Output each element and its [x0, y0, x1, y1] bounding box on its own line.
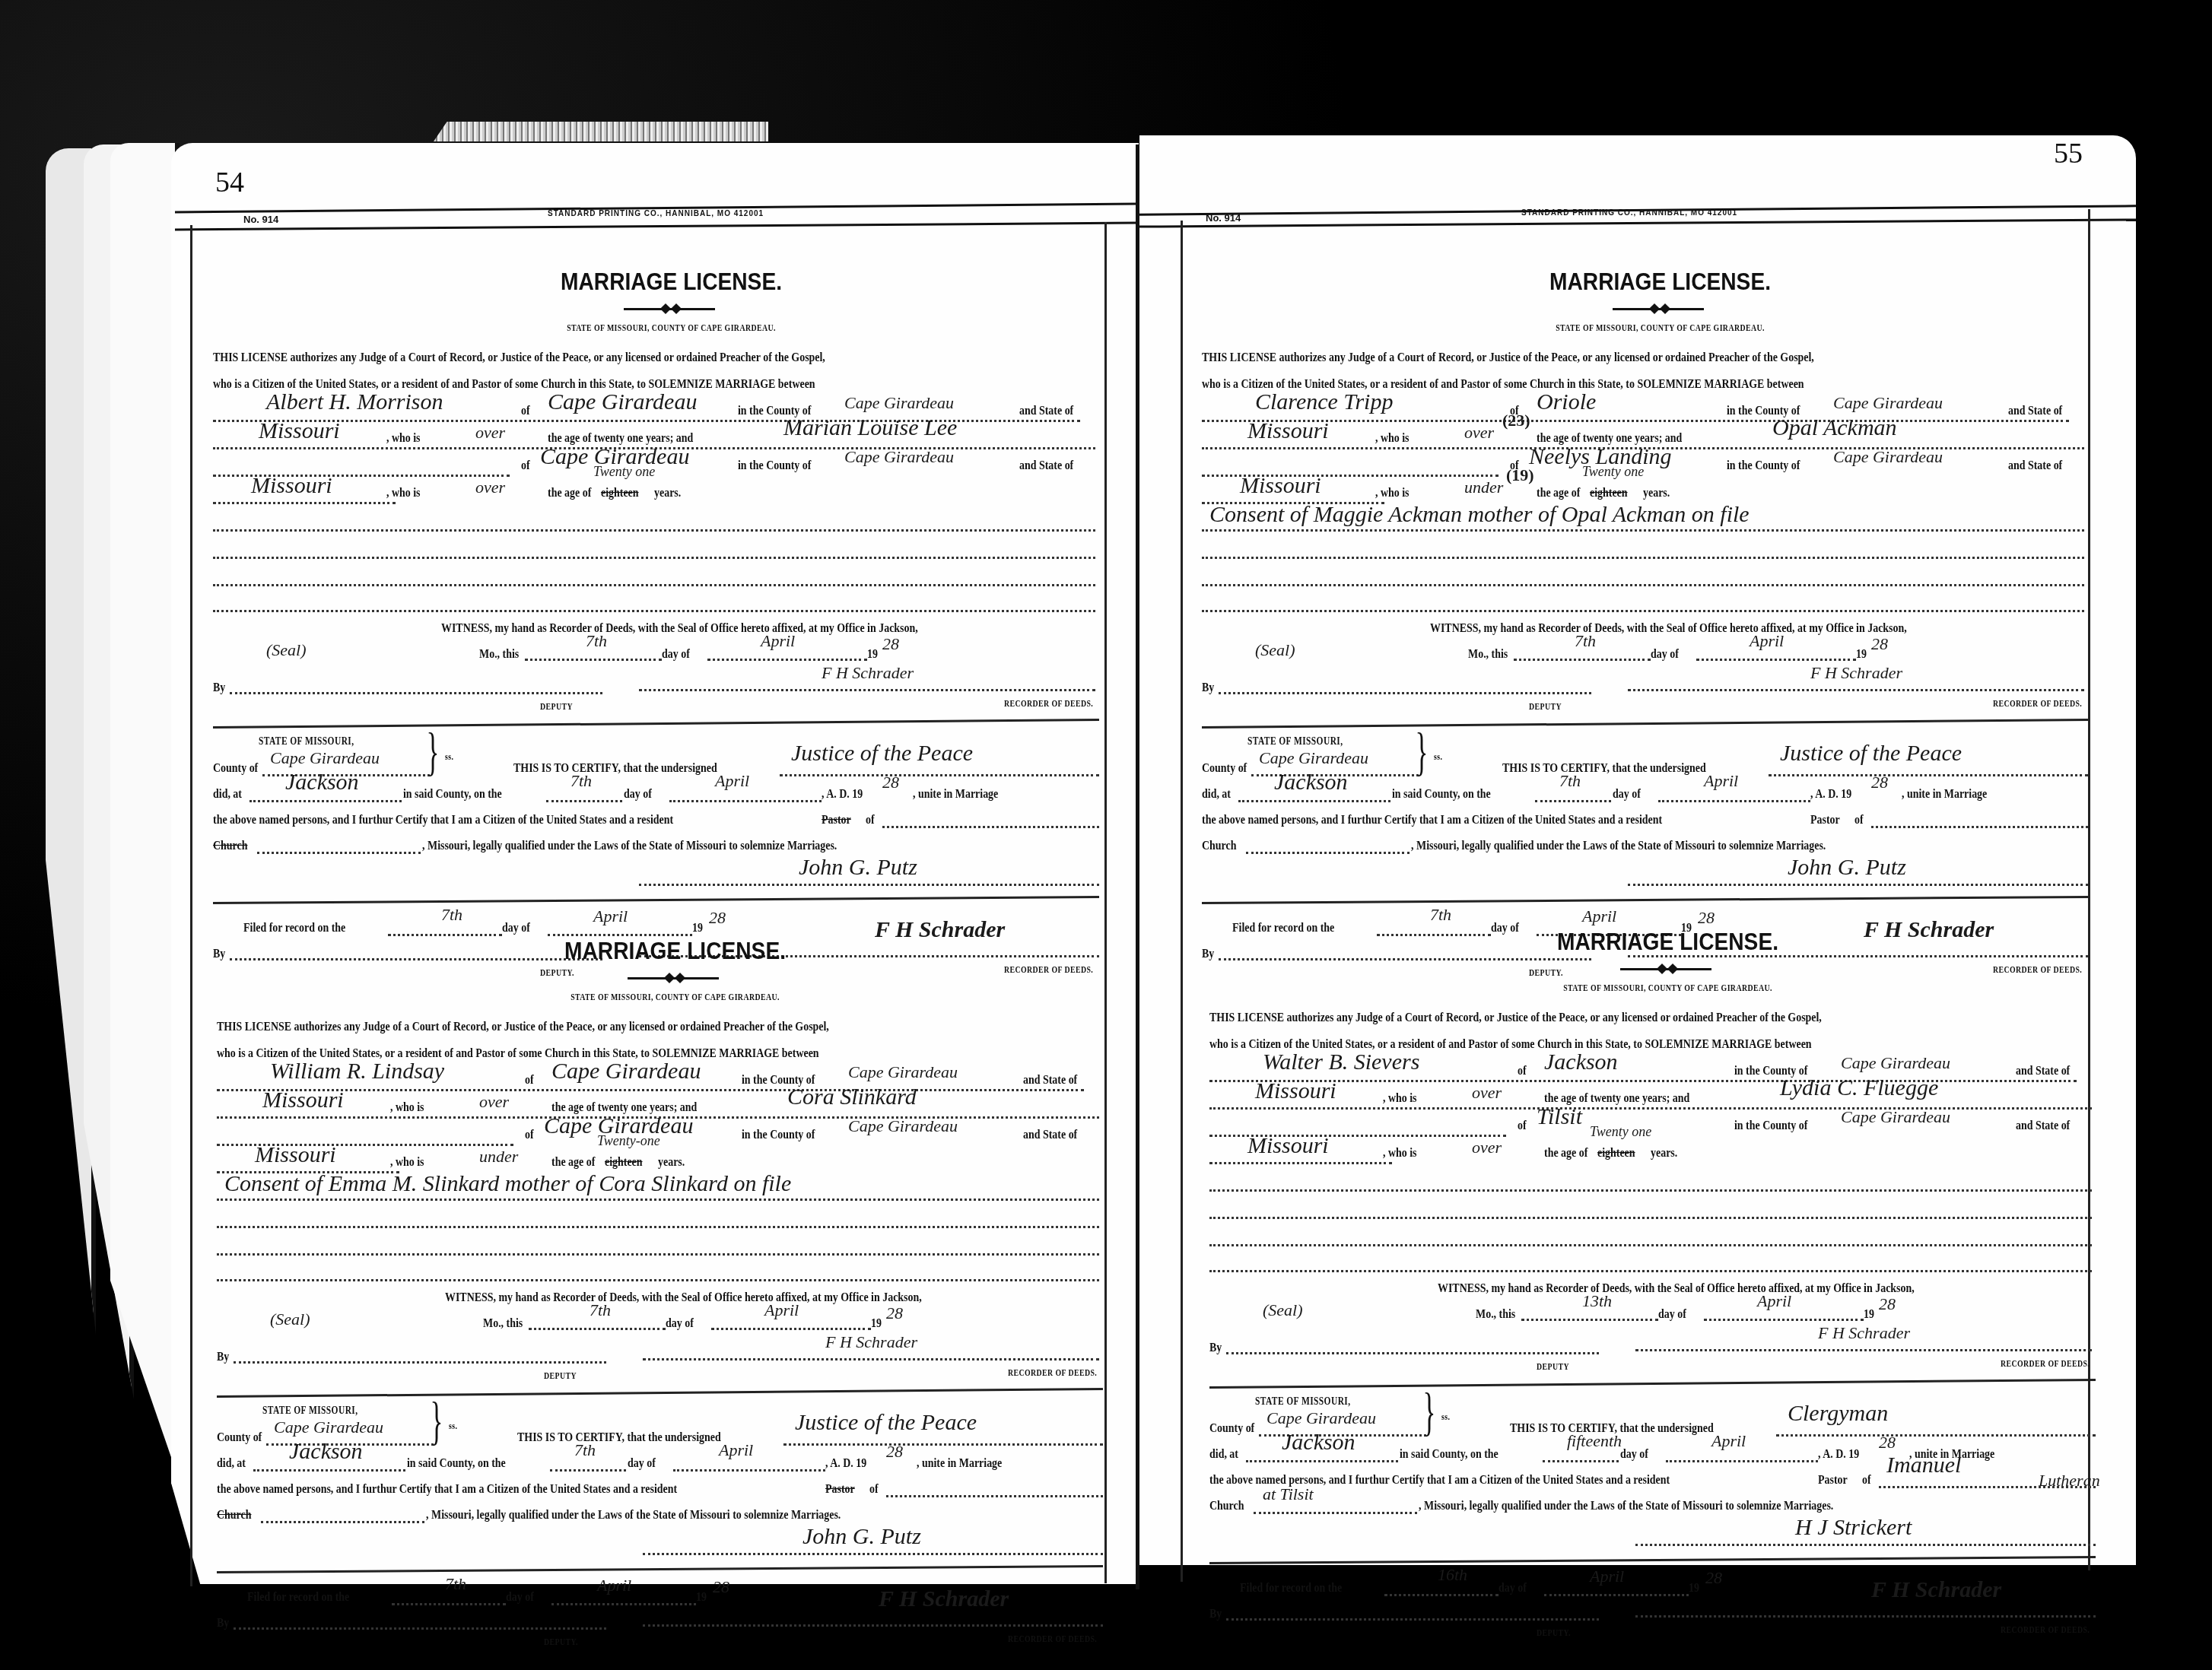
form-line: [388, 934, 502, 936]
witness-text: WITNESS, my hand as Recorder of Deeds, w…: [445, 1290, 922, 1305]
ceremony-day: 7th: [570, 771, 592, 791]
license-paragraph: THIS LICENSE authorizes any Judge of a C…: [1202, 350, 1814, 365]
filed-day: 16th: [1438, 1565, 1467, 1585]
bride-age-relation: over: [475, 478, 505, 497]
bride-age-relation: over: [1472, 1138, 1502, 1157]
form-line: [1514, 659, 1651, 661]
groom-town: Cape Girardeau: [548, 389, 697, 415]
filed-signature: F H Schrader: [1871, 1577, 2001, 1603]
state-label: and State of: [2008, 458, 2062, 473]
who-is-label: , who is: [1383, 1145, 1417, 1160]
bride-name: Cora Slinkard: [787, 1084, 917, 1110]
did-at-label: did, at: [1202, 786, 1231, 802]
state-label: and State of: [1019, 403, 1073, 418]
recorder-line: [639, 689, 1095, 691]
ad-label: , A. D. 19: [1818, 1446, 1859, 1462]
deputy-line: [234, 1627, 606, 1630]
form-line: [1254, 1512, 1417, 1514]
form-line: [213, 557, 1095, 559]
day-of-label: day of: [624, 786, 652, 802]
mo-this-label: Mo., this: [483, 1316, 523, 1331]
groom-county: Cape Girardeau: [844, 393, 954, 413]
form-line: [217, 1226, 1099, 1228]
ceremony-place: Jackson: [289, 1439, 363, 1465]
signature-line: [643, 1553, 1103, 1555]
margin-rule: [1181, 221, 1183, 1582]
printer-imprint: STANDARD PRINTING CO., HANNIBAL, MO 4120…: [548, 210, 764, 218]
age-override: Twenty one: [593, 464, 655, 480]
recorder-line: [1635, 1615, 2096, 1618]
ornament-divider: [628, 977, 719, 979]
marriage-license: MARRIAGE LICENSE. STATE OF MISSOURI, COU…: [217, 952, 1133, 1560]
deputy-label: DEPUTY: [540, 701, 573, 713]
jurisdiction: STATE OF MISSOURI, COUNTY OF CAPE GIRARD…: [1284, 322, 2036, 334]
age18-struck: eighteen: [1590, 485, 1628, 500]
section-divider: [1202, 719, 2088, 729]
pastor-label: Pastor: [825, 1481, 855, 1497]
year-prefix: 19: [1864, 1306, 1874, 1322]
qualified-text: , Missouri, legally qualified under the …: [422, 838, 837, 853]
ornament-divider: [1613, 308, 1704, 310]
of-label: of: [1518, 1063, 1527, 1078]
witness-year: 28: [1871, 634, 1888, 654]
form-line: [882, 826, 1099, 828]
groom-age: (23): [1502, 411, 1530, 430]
above-named-text: the above named persons, and I furthur C…: [213, 812, 673, 827]
pastor-label: Pastor: [822, 812, 851, 827]
cert-state: STATE OF MISSOURI,: [1247, 736, 1343, 748]
witness-text: WITNESS, my hand as Recorder of Deeds, w…: [1438, 1281, 1915, 1296]
filed-day: 7th: [445, 1574, 466, 1594]
filed-month: April: [1590, 1567, 1624, 1586]
officiant-signature: John G. Putz: [1788, 855, 1906, 881]
by-label: By: [217, 1349, 229, 1364]
deputy-label: DEPUTY.: [1537, 1627, 1571, 1639]
ceremony-month: April: [1704, 771, 1738, 791]
age-override: Twenty one: [1590, 1124, 1651, 1140]
witness-year: 28: [882, 634, 899, 654]
form-line: [257, 852, 421, 854]
deputy-line: [1226, 1618, 1599, 1621]
witness-day: 13th: [1582, 1291, 1612, 1311]
book-page-edge: [110, 143, 180, 1481]
church-label: Church: [1209, 1498, 1244, 1513]
witness-text: WITNESS, my hand as Recorder of Deeds, w…: [1430, 621, 1907, 636]
deputy-label: DEPUTY: [544, 1370, 577, 1382]
cert-state: STATE OF MISSOURI,: [1255, 1396, 1350, 1408]
filed-year: 28: [713, 1577, 729, 1597]
form-line: [1871, 826, 2088, 828]
ceremony-month: April: [719, 1440, 753, 1460]
day-of-label: day of: [506, 1589, 534, 1605]
bride-state: Missouri: [255, 1142, 336, 1168]
day-of-label: day of: [1658, 1306, 1686, 1322]
consent-note: Consent of Maggie Ackman mother of Opal …: [1209, 502, 1750, 528]
state-label: and State of: [2016, 1118, 2070, 1133]
form-line: [1209, 1107, 2092, 1110]
filed-day: 7th: [441, 905, 462, 925]
groom-town: Oriole: [1537, 389, 1596, 415]
church-label: Church: [213, 838, 247, 853]
form-line: [1209, 1080, 2077, 1082]
state-label: and State of: [1019, 458, 1073, 473]
witness-month: April: [1757, 1291, 1791, 1311]
jurisdiction: STATE OF MISSOURI, COUNTY OF CAPE GIRARD…: [295, 322, 1047, 334]
day-of-label: day of: [628, 1456, 656, 1471]
deputy-line: [234, 1361, 606, 1364]
form-line: [525, 659, 662, 661]
recorder-line: [1628, 689, 2084, 691]
form-line: [1666, 1460, 1818, 1462]
filed-day: 7th: [1430, 905, 1451, 925]
filed-year: 28: [1705, 1568, 1722, 1588]
filed-label: Filed for record on the: [243, 920, 345, 935]
pastor-of: Imanuel: [1886, 1453, 1961, 1478]
groom-state: Missouri: [259, 418, 340, 444]
witness-day: 7th: [586, 631, 607, 651]
age18-label: the age of: [548, 485, 591, 500]
witness-day: 7th: [590, 1300, 611, 1320]
section-divider: [217, 1388, 1103, 1398]
recorder-label: RECORDER OF DEEDS.: [2001, 1358, 2090, 1370]
age18-struck: eighteen: [601, 485, 639, 500]
mo-this-label: Mo., this: [1476, 1306, 1515, 1322]
above-named-text: the above named persons, and I furthur C…: [1202, 812, 1662, 827]
book-gutter: [1136, 144, 1139, 1589]
form-line: [1776, 1434, 2096, 1437]
brace: }: [1422, 1383, 1435, 1443]
pastor-label: Pastor: [1810, 812, 1840, 827]
years-label: years.: [658, 1154, 685, 1170]
form-line: [1658, 800, 1810, 802]
recorder-line: [1635, 1349, 2092, 1351]
form-line: [1202, 584, 2084, 586]
form-line: [551, 1603, 696, 1605]
cert-state: STATE OF MISSOURI,: [259, 736, 354, 748]
seal-mark: (Seal): [270, 1310, 310, 1329]
who-is-label: , who is: [1375, 430, 1410, 446]
who-is-label: , who is: [390, 1154, 424, 1170]
license-title: MARRIAGE LICENSE.: [1264, 928, 2071, 956]
bride-county: Cape Girardeau: [844, 447, 954, 467]
form-line: [213, 584, 1095, 586]
brace: }: [430, 1392, 443, 1453]
bride-name: Lydia C. Fluegge: [1780, 1075, 1938, 1101]
in-said-county-label: in said County, on the: [1400, 1446, 1499, 1462]
filed-month: April: [1582, 906, 1616, 926]
marriage-license: MARRIAGE LICENSE. STATE OF MISSOURI, COU…: [1209, 943, 2126, 1551]
mo-this-label: Mo., this: [1468, 646, 1508, 662]
groom-county: Cape Girardeau: [1841, 1053, 1950, 1073]
qualified-text: , Missouri, legally qualified under the …: [1419, 1498, 1833, 1513]
ss-label: ss.: [1441, 1411, 1450, 1423]
ceremony-day: 7th: [574, 1440, 596, 1460]
ceremony-place: Jackson: [285, 770, 359, 795]
form-line: [1209, 1270, 2092, 1272]
form-line: [1384, 1594, 1499, 1596]
years-label: years.: [654, 485, 681, 500]
of-label: of: [866, 812, 875, 827]
deputy-line: [1226, 1352, 1599, 1354]
qualified-text: , Missouri, legally qualified under the …: [1411, 838, 1826, 853]
years-label: years.: [1643, 485, 1670, 500]
by-label: By: [213, 680, 225, 695]
did-at-label: did, at: [1209, 1446, 1238, 1462]
section-divider: [213, 719, 1099, 729]
bride-state: Missouri: [251, 473, 332, 499]
ceremony-month: April: [715, 771, 749, 791]
signature-line: [639, 884, 1099, 886]
did-at-label: did, at: [217, 1456, 246, 1471]
certify-label: THIS IS TO CERTIFY, that the undersigned: [517, 1430, 721, 1445]
form-line: [217, 1199, 1099, 1201]
witness-month: April: [764, 1300, 799, 1320]
form-line: [213, 529, 1095, 532]
cert-county: Cape Girardeau: [1259, 748, 1368, 768]
bride-state: Missouri: [1240, 473, 1321, 499]
form-line: [546, 800, 622, 802]
seal-mark: (Seal): [1263, 1300, 1303, 1320]
of-label: of: [1854, 812, 1864, 827]
recorder-line: [643, 1624, 1103, 1627]
age18-struck: eighteen: [605, 1154, 643, 1170]
ad-label: , A. D. 19: [822, 786, 863, 802]
church-label: Church: [1202, 838, 1236, 853]
unite-label: , unite in Marriage: [913, 786, 998, 802]
license-paragraph: THIS LICENSE authorizes any Judge of a C…: [217, 1019, 829, 1034]
form-line: [707, 659, 867, 661]
day-of-label: day of: [1651, 646, 1679, 662]
by-label: By: [217, 1615, 229, 1630]
county-of-label: County of: [1202, 760, 1247, 776]
jurisdiction: STATE OF MISSOURI, COUNTY OF CAPE GIRARD…: [299, 992, 1050, 1003]
ceremony-place: Jackson: [1282, 1430, 1355, 1456]
marriage-license: MARRIAGE LICENSE. STATE OF MISSOURI, COU…: [213, 283, 1130, 891]
form-line: [783, 1443, 1103, 1446]
form-line: [550, 1469, 626, 1472]
witness-month: April: [1750, 631, 1784, 651]
age18-label: the age of: [1544, 1145, 1587, 1160]
form-line: [217, 1253, 1099, 1256]
groom-town: Jackson: [1544, 1049, 1618, 1075]
form-line: [711, 1328, 871, 1330]
certify-label: THIS IS TO CERTIFY, that the undersigned: [513, 760, 717, 776]
recorder-label: RECORDER OF DEEDS.: [1993, 698, 2082, 710]
groom-state: Missouri: [262, 1087, 344, 1113]
form-line: [1202, 610, 2084, 612]
above-named-text: the above named persons, and I furthur C…: [217, 1481, 677, 1497]
in-said-county-label: in said County, on the: [1392, 786, 1491, 802]
bride-name: Opal Ackman: [1772, 415, 1897, 441]
deputy-line: [1219, 692, 1591, 694]
recorder-label: RECORDER OF DEEDS.: [1008, 1633, 1097, 1645]
seal-mark: (Seal): [1255, 640, 1295, 660]
who-is-label: , who is: [390, 1100, 424, 1115]
qualified-text: , Missouri, legally qualified under the …: [426, 1507, 841, 1522]
brace: }: [426, 722, 439, 783]
form-line: [1246, 852, 1410, 854]
filed-year: 28: [1698, 908, 1715, 928]
form-line: [673, 1469, 825, 1472]
age-override: Twenty one: [1582, 464, 1644, 480]
of-label: of: [521, 403, 530, 418]
form-line: [1521, 1319, 1658, 1321]
form-line: [261, 1521, 424, 1523]
ss-label: ss.: [445, 751, 453, 763]
form-line: [253, 1469, 405, 1472]
torn-paper-strip: [434, 122, 768, 141]
groom-name: Albert H. Morrison: [266, 389, 443, 415]
form-line: [1202, 529, 2084, 532]
brace: }: [1415, 722, 1428, 783]
deputy-label: DEPUTY: [1529, 701, 1562, 713]
filed-label: Filed for record on the: [1240, 1580, 1342, 1595]
form-line: [217, 1279, 1099, 1281]
year-prefix: 19: [696, 1589, 707, 1605]
officiant-title: Justice of the Peace: [1780, 741, 1962, 767]
bride-age-relation: under: [1464, 478, 1503, 497]
form-line: [392, 1603, 506, 1605]
age18-label: the age of: [551, 1154, 595, 1170]
of-label: of: [869, 1481, 879, 1497]
filed-label: Filed for record on the: [247, 1589, 349, 1605]
recorder-label: RECORDER OF DEEDS.: [1008, 1367, 1097, 1379]
ceremony-place: Jackson: [1274, 770, 1348, 795]
recorder-line: [643, 1358, 1099, 1360]
ss-label: ss.: [449, 1421, 457, 1432]
form-line: [1704, 1319, 1864, 1321]
cert-county: Cape Girardeau: [274, 1418, 383, 1437]
seal-mark: (Seal): [266, 640, 307, 660]
day-of-label: day of: [1620, 1446, 1648, 1462]
state-label: and State of: [2008, 403, 2062, 418]
form-line: [217, 1089, 1084, 1091]
recorder-signature: F H Schrader: [1818, 1323, 1910, 1343]
filed-month: April: [593, 906, 628, 926]
ceremony-day: fifteenth: [1567, 1431, 1622, 1451]
groom-age-relation: over: [1472, 1083, 1502, 1103]
in-said-county-label: in said County, on the: [403, 786, 502, 802]
bride-age-relation: under: [479, 1147, 518, 1167]
of-label: of: [525, 1072, 534, 1087]
state-label: and State of: [1023, 1072, 1077, 1087]
witness-day: 7th: [1575, 631, 1596, 651]
form-line: [213, 610, 1095, 612]
signature-line: [1628, 884, 2088, 886]
groom-age-relation: over: [475, 423, 505, 443]
state-label: and State of: [1023, 1127, 1077, 1142]
form-line: [529, 1328, 666, 1330]
years-label: years.: [1651, 1145, 1677, 1160]
license-title: MARRIAGE LICENSE.: [268, 268, 1074, 296]
recorder-signature: F H Schrader: [822, 663, 914, 683]
ceremony-year: 28: [1871, 773, 1888, 792]
age21-label: the age of twenty one years; and: [1544, 1091, 1689, 1106]
form-line: [1544, 1594, 1689, 1596]
officiant-title: Justice of the Peace: [791, 741, 973, 767]
who-is-label: , who is: [1375, 485, 1410, 500]
of-label: of: [521, 458, 530, 473]
by-label: By: [1209, 1606, 1222, 1621]
marriage-license: MARRIAGE LICENSE. STATE OF MISSOURI, COU…: [1202, 283, 2118, 891]
unite-label: , unite in Marriage: [1902, 786, 1987, 802]
ornament-divider: [624, 308, 715, 310]
ornament-divider: [1620, 968, 1711, 970]
church-label: Church: [217, 1507, 251, 1522]
witness-year: 28: [1879, 1294, 1896, 1314]
form-line: [886, 1495, 1103, 1497]
form-line: [1209, 1217, 2092, 1219]
groom-name: William R. Lindsay: [270, 1059, 444, 1084]
county-label: in the County of: [742, 1127, 815, 1142]
margin-rule: [190, 225, 192, 1586]
bride-town: Tilsit: [1537, 1104, 1582, 1130]
ad-label: , A. D. 19: [825, 1456, 866, 1471]
license-paragraph: THIS LICENSE authorizes any Judge of a C…: [1209, 1010, 1822, 1025]
page-number-left: 54: [215, 166, 244, 199]
witness-text: WITNESS, my hand as Recorder of Deeds, w…: [441, 621, 918, 636]
age18-label: the age of: [1537, 485, 1580, 500]
of-label: of: [525, 1127, 534, 1142]
witness-year: 28: [886, 1303, 903, 1323]
year-prefix: 19: [871, 1316, 882, 1331]
county-label: in the County of: [1734, 1118, 1807, 1133]
form-line: [1543, 1460, 1619, 1462]
in-said-county-label: in said County, on the: [407, 1456, 506, 1471]
form-line: [669, 800, 822, 802]
form-line: [1209, 1244, 2092, 1246]
form-line: [1769, 774, 2088, 776]
bride-county: Cape Girardeau: [848, 1116, 958, 1136]
jurisdiction: STATE OF MISSOURI, COUNTY OF CAPE GIRARD…: [1292, 983, 2043, 994]
witness-month: April: [761, 631, 795, 651]
year-prefix: 19: [692, 920, 703, 935]
form-line: [548, 934, 692, 936]
cert-state: STATE OF MISSOURI,: [262, 1405, 358, 1418]
groom-age-relation: over: [1464, 423, 1494, 443]
who-is-label: , who is: [386, 485, 421, 500]
pastor-of-denomination: Lutheran: [2039, 1471, 2100, 1491]
ceremony-year: 28: [882, 773, 899, 792]
filed-signature: F H Schrader: [879, 1586, 1009, 1612]
deputy-line: [230, 692, 602, 694]
license-paragraph: THIS LICENSE authorizes any Judge of a C…: [213, 350, 825, 365]
of-label: of: [1862, 1472, 1871, 1487]
officiant-title: Justice of the Peace: [795, 1410, 977, 1436]
filed-year: 28: [709, 908, 726, 928]
deputy-label: DEPUTY.: [544, 1637, 578, 1648]
officiant-title: Clergyman: [1788, 1401, 1888, 1427]
groom-name: Clarence Tripp: [1255, 389, 1393, 415]
who-is-label: , who is: [386, 430, 421, 446]
recorder-signature: F H Schrader: [1810, 663, 1902, 683]
did-at-label: did, at: [213, 786, 242, 802]
form-line: [1238, 800, 1390, 802]
county-of-label: County of: [1209, 1421, 1254, 1436]
bride-state: Missouri: [1247, 1133, 1329, 1159]
ad-label: , A. D. 19: [1810, 786, 1851, 802]
groom-state: Missouri: [1247, 418, 1329, 444]
filed-month: April: [597, 1576, 631, 1595]
age18-struck: eighteen: [1597, 1145, 1635, 1160]
age21-label: the age of twenty one years; and: [551, 1100, 697, 1115]
ceremony-month: April: [1711, 1431, 1746, 1451]
unite-label: , unite in Marriage: [917, 1456, 1002, 1471]
officiant-signature: H J Strickert: [1795, 1515, 1912, 1541]
certify-label: THIS IS TO CERTIFY, that the undersigned: [1502, 760, 1706, 776]
bride-county: Cape Girardeau: [1841, 1107, 1950, 1127]
section-divider: [1209, 1379, 2096, 1389]
